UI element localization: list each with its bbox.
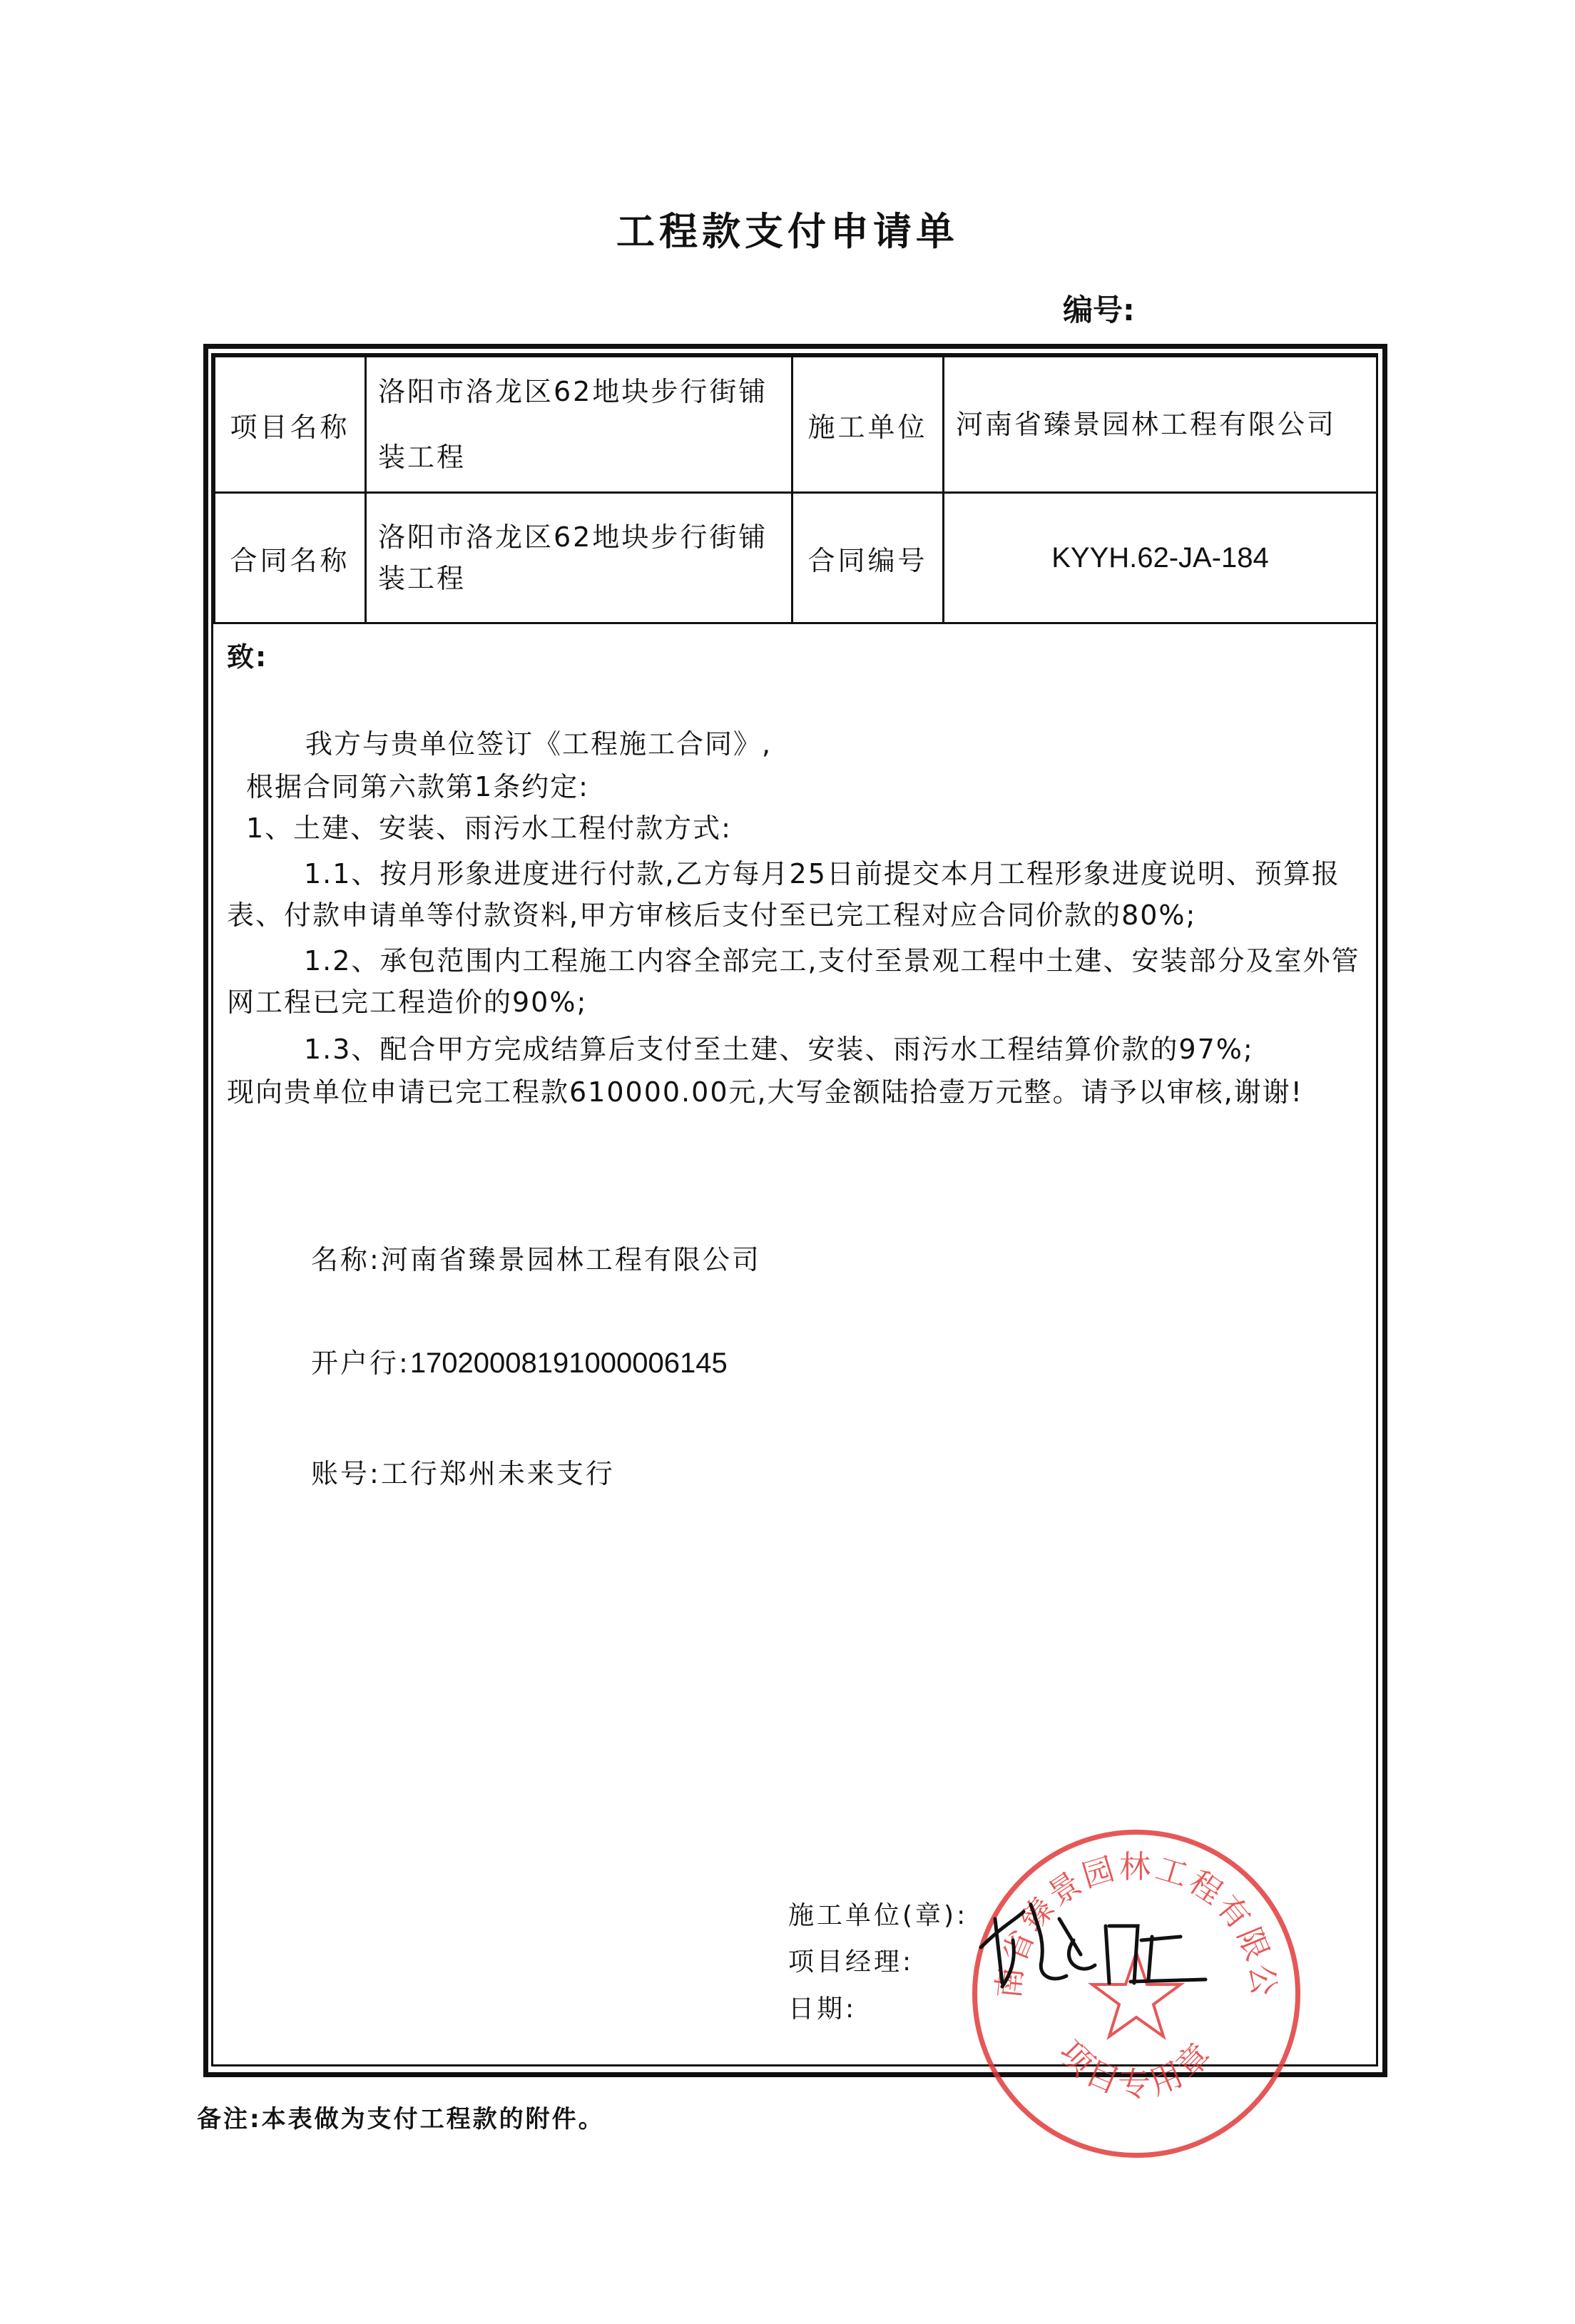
payment-request-paragraph: 现向贵单位申请已完工程款610000.00元,大写金额陆拾壹万元整。请予以审核,… xyxy=(227,1070,1368,1109)
contractor-label: 施工单位 xyxy=(792,357,944,493)
contractor-value: 河南省臻景园林工程有限公司 xyxy=(944,357,1377,493)
clause-1-2: 1.2、承包范围内工程施工内容全部完工,支付至景观工程中土建、安装部分及室外管网… xyxy=(227,940,1368,1023)
date-label: 日期: xyxy=(788,1989,857,2025)
project-name-value: 洛阳市洛龙区62地块步行街铺装工程 xyxy=(366,357,792,493)
contractor-seal-label: 施工单位(章): xyxy=(788,1895,968,1932)
payee-account-label: 账号: xyxy=(311,1458,381,1489)
contract-name-value: 洛阳市洛龙区62地块步行街铺装工程 xyxy=(366,493,792,623)
payee-account-value: 工行郑州未来支行 xyxy=(381,1458,615,1489)
addressee-label: 致: xyxy=(227,635,1368,674)
document-title: 工程款支付申请单 xyxy=(0,201,1575,256)
table-row: 合同名称 洛阳市洛龙区62地块步行街铺装工程 合同编号 KYYH.62-JA-1… xyxy=(215,493,1377,623)
payee-bank-label: 开户行: xyxy=(311,1347,410,1379)
info-table: 项目名称 洛阳市洛龙区62地块步行街铺装工程 施工单位 河南省臻景园林工程有限公… xyxy=(213,355,1378,624)
intro-paragraph: 我方与贵单位签订《工程施工合同》, xyxy=(305,722,1447,761)
clause-1-1: 1.1、按月形象进度进行付款,乙方每月25日前提交本月工程形象进度说明、预算报表… xyxy=(227,853,1368,936)
payee-name-value: 河南省臻景园林工程有限公司 xyxy=(381,1244,761,1275)
document-number-label: 编号: xyxy=(1063,287,1135,330)
payee-name-label: 名称: xyxy=(311,1244,381,1275)
contract-number-label: 合同编号 xyxy=(792,493,944,623)
footer-note: 备注:本表做为支付工程款的附件。 xyxy=(197,2099,605,2134)
basis-paragraph: 根据合同第六款第1条约定: xyxy=(246,765,1387,804)
project-manager-label: 项目经理: xyxy=(788,1942,914,1978)
contract-name-label: 合同名称 xyxy=(215,493,366,623)
handwritten-signature xyxy=(974,1897,1209,1990)
svg-text:项目专用章: 项目专用章 xyxy=(1051,2033,1222,2104)
clause-1-3: 1.3、配合甲方完成结算后支付至土建、安装、雨污水工程结算价款的97%; xyxy=(304,1027,1445,1066)
project-name-label: 项目名称 xyxy=(215,357,366,493)
payee-account-line: 账号:工行郑州未来支行 xyxy=(311,1452,615,1491)
section-1-heading: 1、土建、安装、雨污水工程付款方式: xyxy=(246,806,1387,845)
table-row: 项目名称 洛阳市洛龙区62地块步行街铺装工程 施工单位 河南省臻景园林工程有限公… xyxy=(215,357,1377,493)
payee-bank-value: 17020008191000006145 xyxy=(410,1347,728,1379)
payee-name-line: 名称:河南省臻景园林工程有限公司 xyxy=(311,1238,761,1277)
company-seal-stamp: 河南省臻景园林工程有限公司 项目专用章 xyxy=(972,1830,1300,2158)
payee-bank-line: 开户行:17020008191000006145 xyxy=(311,1341,728,1380)
contract-number-value: KYYH.62-JA-184 xyxy=(944,493,1377,623)
seal-star-icon: 河南省臻景园林工程有限公司 项目专用章 xyxy=(977,1835,1295,2153)
